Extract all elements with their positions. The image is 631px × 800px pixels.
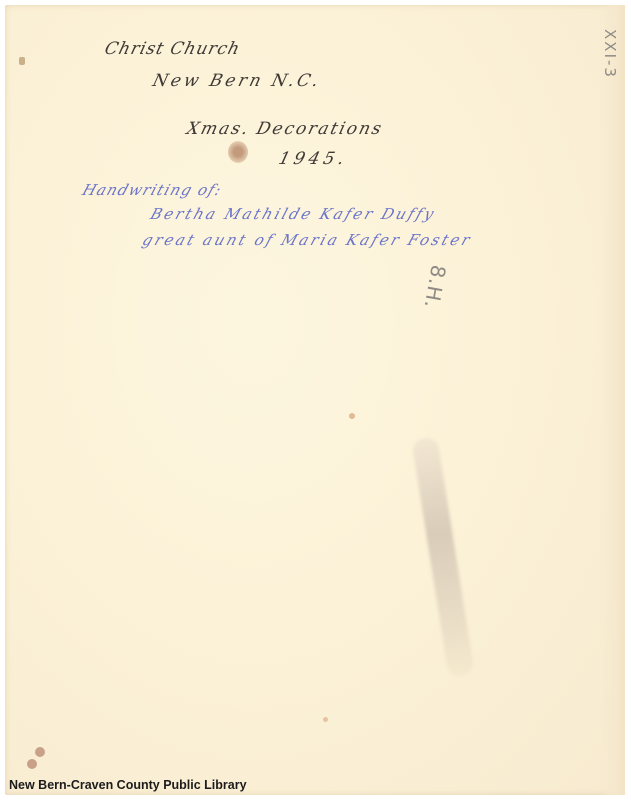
stain-spot bbox=[35, 747, 45, 757]
note-christ-church: Christ Church bbox=[103, 39, 243, 59]
stain-spot bbox=[349, 413, 355, 419]
card-edge-shadow bbox=[599, 5, 625, 795]
stain-spot bbox=[27, 759, 37, 769]
note-new-bern: New Bern N.C. bbox=[151, 71, 324, 91]
stain-spot bbox=[323, 717, 328, 722]
note-xmas-decorations: Xmas. Decorations bbox=[185, 119, 386, 139]
corner-mark bbox=[19, 57, 25, 65]
pencil-mark: 8.H. bbox=[419, 263, 450, 311]
library-credit: New Bern-Craven County Public Library bbox=[9, 778, 247, 792]
stain-spot bbox=[228, 141, 248, 163]
note-relation: great aunt of Maria Kafer Foster bbox=[140, 231, 475, 249]
note-author-name: Bertha Mathilde Kafer Duffy bbox=[148, 205, 438, 223]
note-year: 1945. bbox=[277, 149, 351, 169]
photo-back-card: Christ Church New Bern N.C. Xmas. Decora… bbox=[5, 5, 625, 795]
catalog-number: XXI-3 bbox=[601, 29, 619, 79]
note-handwriting-of: Handwriting of: bbox=[80, 181, 224, 199]
pencil-smudge bbox=[411, 436, 474, 677]
